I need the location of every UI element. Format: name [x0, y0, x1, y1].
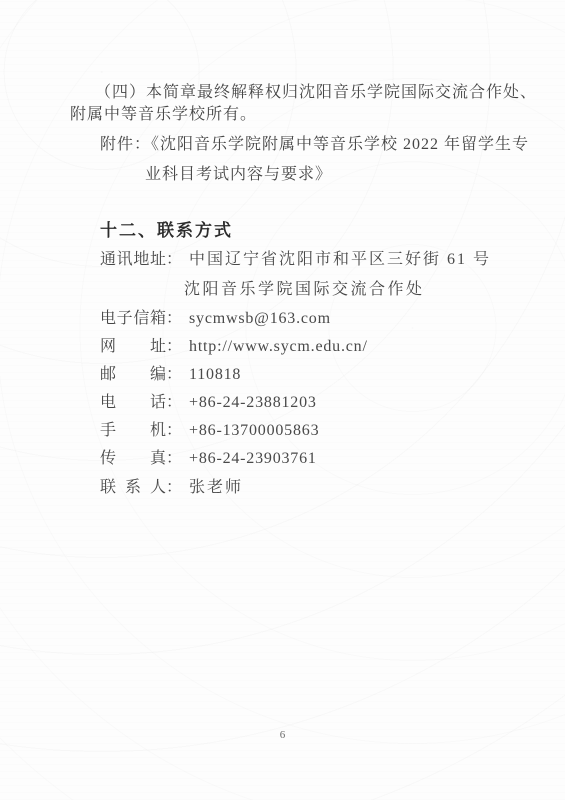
attachment-reference-line-2: 业科目考试内容与要求》 — [145, 164, 332, 186]
contact-value-contact-person: 张老师 — [189, 479, 243, 496]
label-colon: ： — [166, 422, 182, 439]
attachment-reference-line-1: 附件：《沈阳音乐学院附属中等音乐学校 2022 年留学生专 — [100, 134, 529, 156]
contact-label-contact-person: 联系人 — [100, 477, 166, 499]
label-colon: ： — [166, 338, 182, 355]
final-clause-line-2: 附属中等音乐学校所有。 — [70, 104, 257, 126]
label-colon: ： — [166, 394, 182, 411]
contact-label-website: 网址 — [100, 336, 166, 358]
contact-value-address-line-2: 沈阳音乐学院国际交流合作处 — [184, 279, 425, 301]
label-colon: ： — [166, 310, 182, 327]
contact-label-email: 电子信箱 — [100, 308, 166, 330]
contact-label-postal-code: 邮编 — [100, 364, 166, 386]
contact-value-fax: +86-24-23903761 — [189, 450, 317, 467]
label-colon: ： — [166, 251, 182, 268]
contact-label-mobile: 手机 — [100, 420, 166, 442]
section-heading-contact: 十二、联系方式 — [100, 219, 233, 242]
contact-row-telephone: 电话：+86-24-23881203 — [100, 392, 317, 414]
contact-value-mobile: +86-13700005863 — [189, 422, 319, 439]
contact-value-telephone: +86-24-23881203 — [189, 394, 317, 411]
contact-value-website: http://www.sycm.edu.cn/ — [189, 338, 368, 355]
document-page: （四）本简章最终解释权归沈阳音乐学院国际交流合作处、 附属中等音乐学校所有。 附… — [0, 0, 565, 800]
contact-label-fax: 传真 — [100, 448, 166, 470]
contact-row-fax: 传真：+86-24-23903761 — [100, 448, 317, 470]
contact-value-address: 中国辽宁省沈阳市和平区三好街 61 号 — [189, 251, 491, 268]
contact-row-address: 通讯地址：中国辽宁省沈阳市和平区三好街 61 号 — [100, 249, 491, 271]
contact-row-email: 电子信箱：sycmwsb@163.com — [100, 308, 331, 330]
final-clause-line-1: （四）本简章最终解释权归沈阳音乐学院国际交流合作处、 — [95, 82, 537, 104]
label-colon: ： — [166, 366, 182, 383]
contact-value-postal-code: 110818 — [189, 366, 241, 383]
contact-row-postal-code: 邮编：110818 — [100, 364, 241, 386]
contact-label-address: 通讯地址 — [100, 249, 166, 271]
contact-value-email: sycmwsb@163.com — [189, 310, 331, 327]
contact-row-website: 网址：http://www.sycm.edu.cn/ — [100, 336, 368, 358]
page-number: 6 — [0, 729, 565, 741]
contact-row-mobile: 手机：+86-13700005863 — [100, 420, 319, 442]
contact-label-telephone: 电话 — [100, 392, 166, 414]
contact-row-contact-person: 联系人：张老师 — [100, 477, 243, 499]
label-colon: ： — [166, 450, 182, 467]
label-colon: ： — [166, 479, 182, 496]
